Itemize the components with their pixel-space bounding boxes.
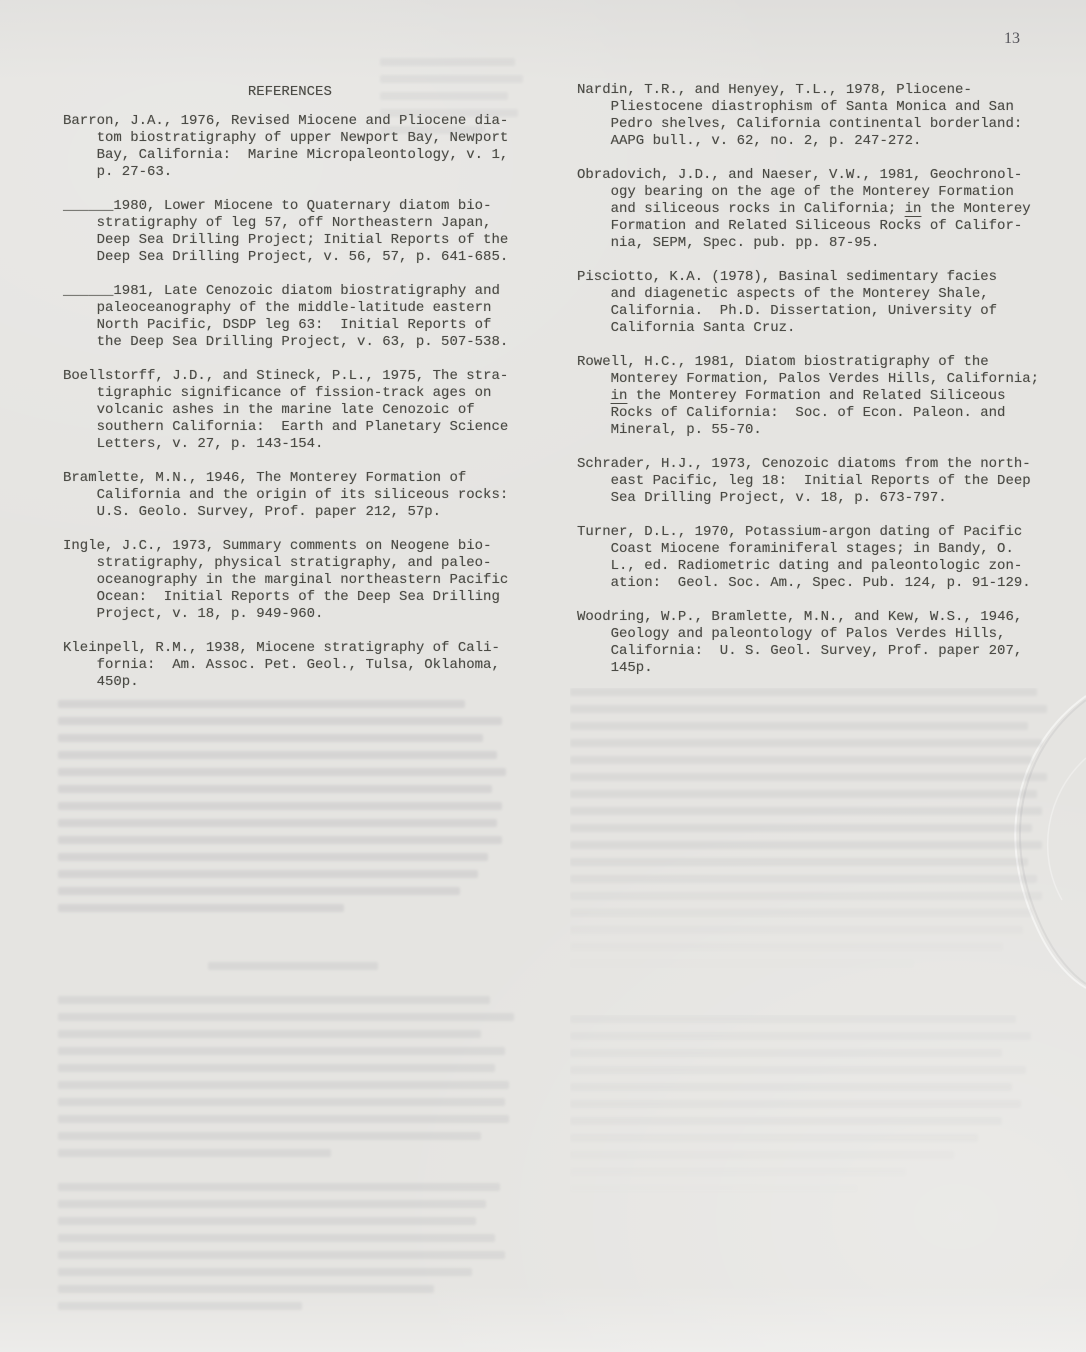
reference-line: Rowell, H.C., 1981, Diatom biostratigrap… [577, 354, 1031, 371]
reference-line: east Pacific, leg 18: Initial Reports of… [577, 473, 1031, 490]
reference-entry: ______1980, Lower Miocene to Quaternary … [63, 198, 517, 266]
reference-line: Turner, D.L., 1970, Potassium-argon dati… [577, 524, 1031, 541]
references-column-right: Nardin, T.R., and Henyey, T.L., 1978, Pl… [577, 82, 1031, 677]
reference-line: ______1981, Late Cenozoic diatom biostra… [63, 283, 517, 300]
reference-entry: Ingle, J.C., 1973, Summary comments on N… [63, 538, 517, 623]
reference-line: Schrader, H.J., 1973, Cenozoic diatoms f… [577, 456, 1031, 473]
reference-line: Ingle, J.C., 1973, Summary comments on N… [63, 538, 517, 555]
reference-line: Formation and Related Siliceous Rocks of… [577, 218, 1031, 235]
reference-line: p. 27-63. [63, 164, 517, 181]
bleed-through-text [58, 700, 520, 921]
reference-line: ______1980, Lower Miocene to Quaternary … [63, 198, 517, 215]
reference-line: Pliestocene diastrophism of Santa Monica… [577, 99, 1031, 116]
reference-line: AAPG bull., v. 62, no. 2, p. 247-272. [577, 133, 1031, 150]
reference-line: Deep Sea Drilling Project, v. 56, 57, p.… [63, 249, 517, 266]
reference-line: Bay, California: Marine Micropaleontolog… [63, 147, 517, 164]
reference-line: Monterey Formation, Palos Verdes Hills, … [577, 371, 1031, 388]
reference-entry: Boellstorff, J.D., and Stineck, P.L., 19… [63, 368, 517, 453]
bleed-through-text [58, 962, 528, 1319]
reference-entry: Nardin, T.R., and Henyey, T.L., 1978, Pl… [577, 82, 1031, 150]
document-page: 13 REFERENCES Barron, J.A., 1976, Revise… [0, 0, 1086, 1352]
reference-entry: Turner, D.L., 1970, Potassium-argon dati… [577, 524, 1031, 592]
reference-line: paleoceanography of the middle-latitude … [63, 300, 517, 317]
reference-line: Bramlette, M.N., 1946, The Monterey Form… [63, 470, 517, 487]
reference-line: Sea Drilling Project, v. 18, p. 673-797. [577, 490, 1031, 507]
reference-line: nia, SEPM, Spec. pub. pp. 87-95. [577, 235, 1031, 252]
reference-line: Ocean: Initial Reports of the Deep Sea D… [63, 589, 517, 606]
reference-line: Letters, v. 27, p. 143-154. [63, 436, 517, 453]
reference-line: Obradovich, J.D., and Naeser, V.W., 1981… [577, 167, 1031, 184]
reference-line: 450p. [63, 674, 517, 691]
reference-entry: ______1981, Late Cenozoic diatom biostra… [63, 283, 517, 351]
reference-line: tigraphic significance of fission-track … [63, 385, 517, 402]
reference-line: stratigraphy of leg 57, off Northeastern… [63, 215, 517, 232]
reference-line: and diagenetic aspects of the Monterey S… [577, 286, 1031, 303]
reference-line: Pedro shelves, California continental bo… [577, 116, 1031, 133]
reference-entry: Rowell, H.C., 1981, Diatom biostratigrap… [577, 354, 1031, 439]
reference-line: Woodring, W.P., Bramlette, M.N., and Kew… [577, 609, 1031, 626]
bleed-through-text [380, 58, 530, 143]
reference-line: and siliceous rocks in California; in th… [577, 201, 1031, 218]
reference-line: volcanic ashes in the marine late Cenozo… [63, 402, 517, 419]
reference-line: Coast Miocene foraminiferal stages; in B… [577, 541, 1031, 558]
reference-entry: Woodring, W.P., Bramlette, M.N., and Kew… [577, 609, 1031, 677]
reference-entry: Schrader, H.J., 1973, Cenozoic diatoms f… [577, 456, 1031, 507]
reference-line: ation: Geol. Soc. Am., Spec. Pub. 124, p… [577, 575, 1031, 592]
reference-line: Kleinpell, R.M., 1938, Miocene stratigra… [63, 640, 517, 657]
reference-line: southern California: Earth and Planetary… [63, 419, 517, 436]
reference-line: Pisciotto, K.A. (1978), Basinal sediment… [577, 269, 1031, 286]
reference-line: North Pacific, DSDP leg 63: Initial Repo… [63, 317, 517, 334]
bleed-through-text [570, 1015, 1050, 1202]
reference-entry: Bramlette, M.N., 1946, The Monterey Form… [63, 470, 517, 521]
reference-line: in the Monterey Formation and Related Si… [577, 388, 1031, 405]
page-number: 13 [1004, 30, 1020, 48]
reference-entry: Kleinpell, R.M., 1938, Miocene stratigra… [63, 640, 517, 691]
reference-line: Project, v. 18, p. 949-960. [63, 606, 517, 623]
reference-line: ogy bearing on the age of the Monterey F… [577, 184, 1031, 201]
reference-entry: Pisciotto, K.A. (1978), Basinal sediment… [577, 269, 1031, 337]
reference-line: Nardin, T.R., and Henyey, T.L., 1978, Pl… [577, 82, 1031, 99]
references-column-left: Barron, J.A., 1976, Revised Miocene and … [63, 113, 517, 691]
reference-entry: Obradovich, J.D., and Naeser, V.W., 1981… [577, 167, 1031, 252]
reference-line: L., ed. Radiometric dating and paleontol… [577, 558, 1031, 575]
reference-line: Mineral, p. 55-70. [577, 422, 1031, 439]
reference-line: Geology and paleontology of Palos Verdes… [577, 626, 1031, 643]
reference-line: stratigraphy, physical stratigraphy, and… [63, 555, 517, 572]
reference-line: California and the origin of its siliceo… [63, 487, 517, 504]
reference-line: Boellstorff, J.D., and Stineck, P.L., 19… [63, 368, 517, 385]
reference-line: the Deep Sea Drilling Project, v. 63, p.… [63, 334, 517, 351]
reference-line: California. Ph.D. Dissertation, Universi… [577, 303, 1031, 320]
reference-line: 145p. [577, 660, 1031, 677]
bleed-through-text [570, 688, 1062, 977]
reference-line: California: U. S. Geol. Survey, Prof. pa… [577, 643, 1031, 660]
reference-line: California Santa Cruz. [577, 320, 1031, 337]
reference-line: Rocks of California: Soc. of Econ. Paleo… [577, 405, 1031, 422]
reference-line: U.S. Geolo. Survey, Prof. paper 212, 57p… [63, 504, 517, 521]
reference-line: oceanography in the marginal northeaster… [63, 572, 517, 589]
reference-line: fornia: Am. Assoc. Pet. Geol., Tulsa, Ok… [63, 657, 517, 674]
reference-line: Deep Sea Drilling Project; Initial Repor… [63, 232, 517, 249]
